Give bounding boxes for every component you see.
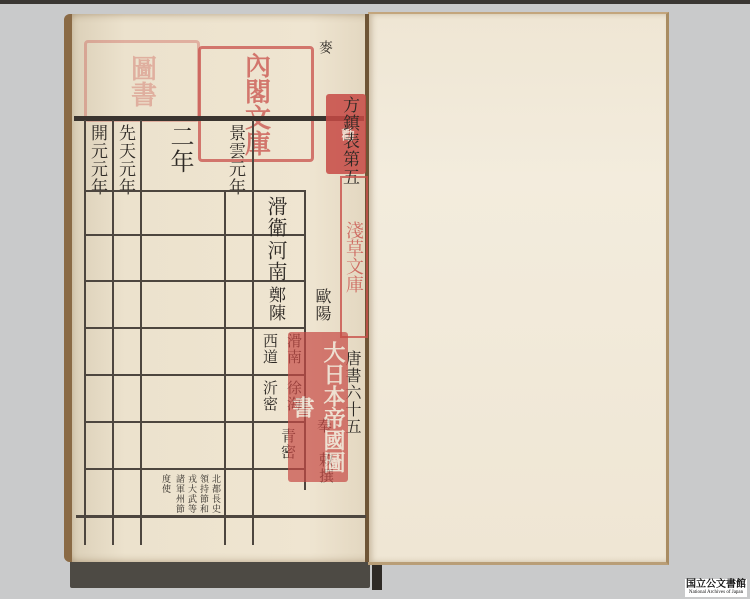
faded-seal-library: 圖書 — [84, 40, 200, 122]
entry-zhujunzhou: 諸軍州節 — [174, 474, 183, 514]
entry-huawei: 滑衛 — [266, 196, 286, 238]
grid-vline — [84, 120, 86, 545]
era-header-ernian: 二年 — [168, 124, 192, 174]
era-header-jingyun: 景雲元年 — [226, 124, 243, 196]
top-border-rule — [74, 116, 364, 121]
entry-zhengchen: 鄭陳 — [266, 286, 283, 322]
grid-hline — [84, 190, 304, 192]
entry-henan: 河南 — [266, 240, 286, 282]
archive-watermark: 国立公文書館 National Archives of Japan — [685, 579, 747, 597]
grid-hline — [84, 327, 304, 329]
book-shadow — [70, 560, 370, 588]
grid-vline — [252, 120, 254, 545]
chapter-title-fangzhen: 方鎮表第五 — [340, 96, 357, 186]
grid-vline — [112, 120, 114, 545]
grid-vline — [140, 120, 142, 545]
era-header-xiantian: 先天元年 — [116, 124, 133, 196]
watermark-english: National Archives of Japan — [685, 590, 747, 596]
grid-hline — [84, 468, 304, 470]
entry-lingchijie: 領持節和 — [198, 474, 207, 514]
entry-xidao: 西道 — [262, 333, 277, 365]
grid-hline — [84, 374, 304, 376]
label-asakusa-bunko: 淺草文庫 — [340, 176, 368, 338]
grid-vline — [224, 190, 226, 545]
seal-naikaku-bunko: 內閣文庫 — [198, 46, 314, 162]
left-page-edge — [64, 14, 72, 562]
right-page-blank — [368, 12, 669, 565]
entry-beidu-changshi: 北都長史 — [210, 474, 219, 514]
grid-hline — [84, 421, 304, 423]
bottom-border-rule — [76, 515, 366, 518]
backdrop-top-edge — [0, 0, 750, 4]
margin-note: 麥 — [318, 40, 332, 55]
seal-imperial-library: 大日本帝國圖書 — [288, 332, 348, 482]
entry-dushi: 度使 — [160, 474, 169, 494]
era-header-kaiyuan: 開元元年 — [88, 124, 105, 196]
watermark-japanese: 国立公文書館 — [685, 579, 747, 590]
author-ouyang: 歐陽 — [314, 288, 330, 322]
entry-rongdawu: 戎大武等 — [186, 474, 195, 514]
entry-yimi: 沂密 — [262, 380, 277, 412]
